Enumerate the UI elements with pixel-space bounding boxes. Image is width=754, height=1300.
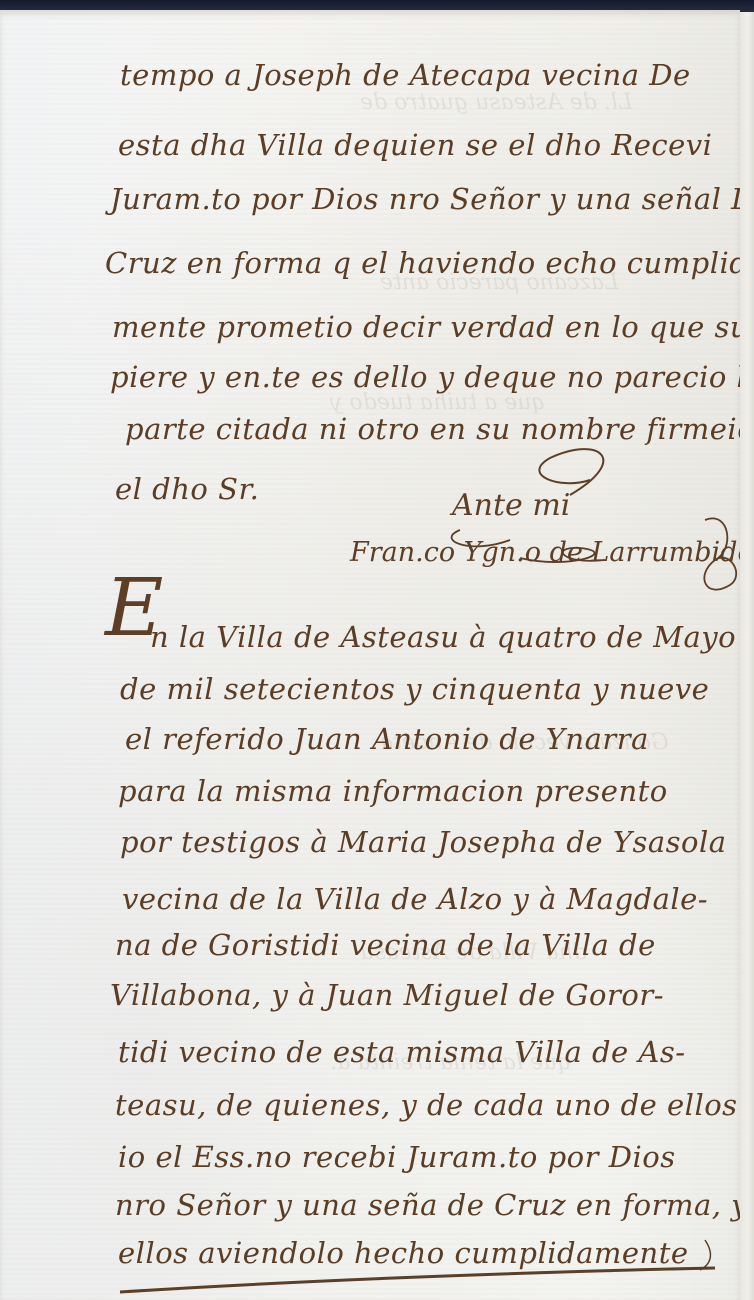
manuscript-line: piere y en.te es dello y deque no pareci…: [110, 360, 740, 394]
manuscript-line: mente prometio decir verdad en lo que su…: [112, 310, 740, 344]
manuscript-line: io el Ess.no recebi Juram.to por Dios: [118, 1140, 676, 1174]
manuscript-line: el referido Juan Antonio de Ynarra: [125, 722, 649, 756]
manuscript-line: para la misma informacion presento: [118, 774, 668, 808]
manuscript-line: el dho Sr.: [115, 472, 259, 506]
closing-rule-line: [110, 1250, 730, 1300]
manuscript-line: na de Goristidi vecina de la Villa de: [115, 928, 656, 962]
bleed-through-text: Ll. de Asteasu guatro de: [360, 90, 632, 115]
signature-flourish-icon: [430, 440, 740, 600]
manuscript-line: Juram.to por Dios nro Señor y una señal …: [110, 182, 740, 216]
manuscript-line: tempo a Joseph de Atecapa vecina De: [120, 58, 691, 92]
manuscript-line: n la Villa de Asteasu à quatro de Mayo: [150, 620, 736, 654]
manuscript-line: nro Señor y una seña de Cruz en forma, y: [115, 1188, 740, 1222]
manuscript-line: por testigos à Maria Josepha de Ysasola: [120, 825, 727, 859]
manuscript-line: tidi vecino de esta misma Villa de As-: [118, 1035, 686, 1069]
manuscript-line: esta dha Villa dequien se el dho Recevi: [118, 128, 712, 162]
manuscript-line: de mil setecientos y cinquenta y nueve: [120, 672, 709, 706]
manuscript-line: Villabona, y à Juan Miguel de Goror-: [110, 978, 664, 1012]
manuscript-line: vecina de la Villa de Alzo y à Magdale-: [122, 882, 708, 916]
manuscript-page: Ll. de Asteasu guatro de Lazcano parecio…: [0, 10, 740, 1300]
manuscript-line: Cruz en forma q el haviendo echo cumplid…: [105, 246, 740, 280]
manuscript-line: teasu, de quienes, y de cada uno de ello…: [115, 1088, 738, 1122]
